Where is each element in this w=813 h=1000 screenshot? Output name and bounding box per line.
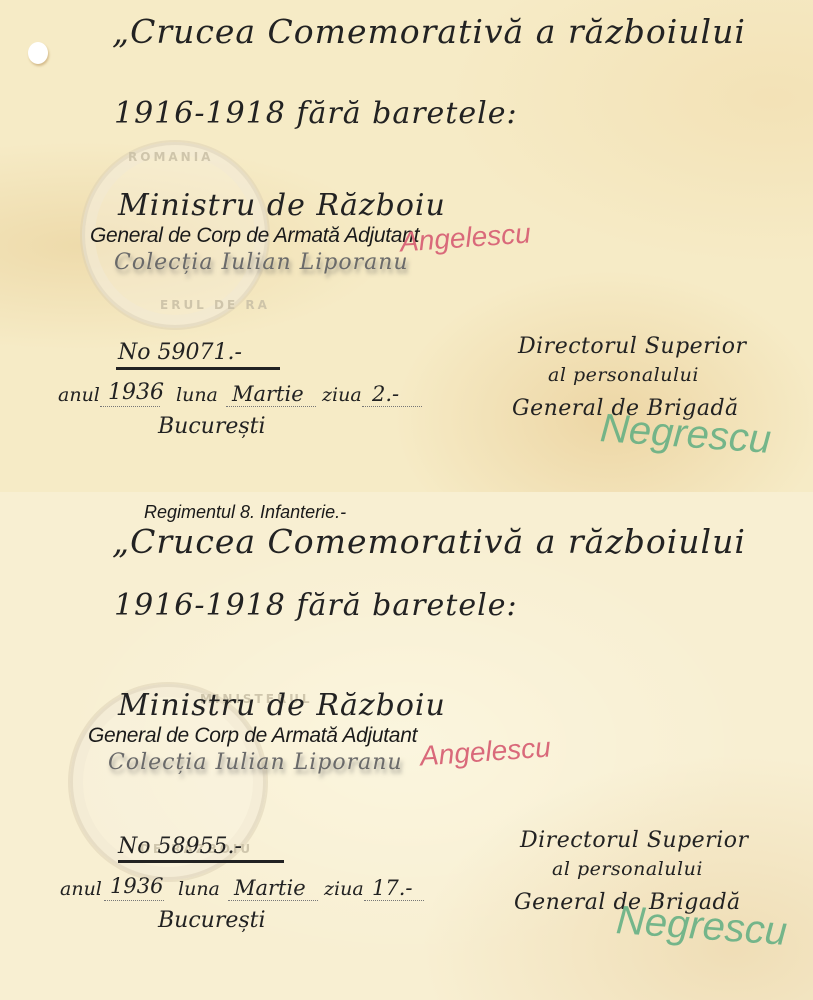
certificate-bottom: Regimentul 8. Infanterie.- „Crucea Comem… — [0, 492, 813, 1000]
date-day-label: ziua — [322, 384, 362, 406]
director-line-1: Directorul Superior — [520, 828, 749, 853]
red-signature: Angelescu — [419, 731, 552, 772]
date-year-dots — [100, 406, 160, 407]
date-day-dots — [364, 900, 424, 901]
collection-watermark: Colecția Iulian Liporanu — [114, 250, 409, 275]
date-month-label: luna — [176, 384, 218, 406]
title-line-2: 1916-1918 fără baretele: — [114, 96, 518, 131]
regiment-line: Regimentul 8. Infanterie.- — [144, 502, 346, 523]
date-month-dots — [228, 900, 318, 901]
seal-text-bottom: ERUL DE RA — [160, 298, 270, 312]
title-line-1: „Crucea Comemorativă a războiului — [112, 522, 746, 561]
title-line-1: „Crucea Comemorativă a războiului — [112, 12, 746, 51]
date-day: 17.- — [372, 876, 413, 900]
director-line-2: al personalului — [548, 364, 699, 386]
director-line-2: al personalului — [552, 858, 703, 880]
green-signature: Negrescu — [599, 406, 773, 463]
ministry-title: Ministru de Războiu — [118, 188, 446, 223]
date-day: 2.- — [372, 382, 399, 406]
title-line-2: 1916-1918 fără baretele: — [114, 588, 518, 623]
punch-hole — [28, 42, 48, 64]
number-underline — [116, 367, 280, 370]
collection-watermark: Colecția Iulian Liporanu — [108, 750, 403, 775]
date-month: Martie — [232, 382, 304, 406]
date-year-dots — [104, 900, 164, 901]
certificate-number: No 58955.- — [118, 834, 242, 859]
date-day-dots — [362, 406, 422, 407]
number-underline — [118, 860, 284, 863]
ministry-rank: General de Corp de Armată Adjutant — [88, 724, 417, 748]
city: București — [158, 414, 266, 439]
date-month-dots — [226, 406, 316, 407]
date-year: 1936 — [108, 380, 164, 405]
date-year-label: anul — [60, 878, 102, 900]
date-year-label: anul — [58, 384, 100, 406]
certificate-number: No 59071.- — [118, 340, 242, 365]
city: București — [158, 908, 266, 933]
certificate-top: „Crucea Comemorativă a războiului 1916-1… — [0, 0, 813, 492]
date-month-label: luna — [178, 878, 220, 900]
date-day-label: ziua — [324, 878, 364, 900]
date-year: 1936 — [110, 874, 163, 898]
seal-text-top: ROMANIA — [128, 150, 213, 164]
date-month: Martie — [234, 876, 306, 900]
ministry-title: Ministru de Războiu — [118, 688, 446, 723]
ministry-rank: General de Corp de Armată Adjutant — [90, 224, 419, 248]
director-line-1: Directorul Superior — [518, 334, 747, 359]
green-signature: Negrescu — [615, 898, 789, 955]
